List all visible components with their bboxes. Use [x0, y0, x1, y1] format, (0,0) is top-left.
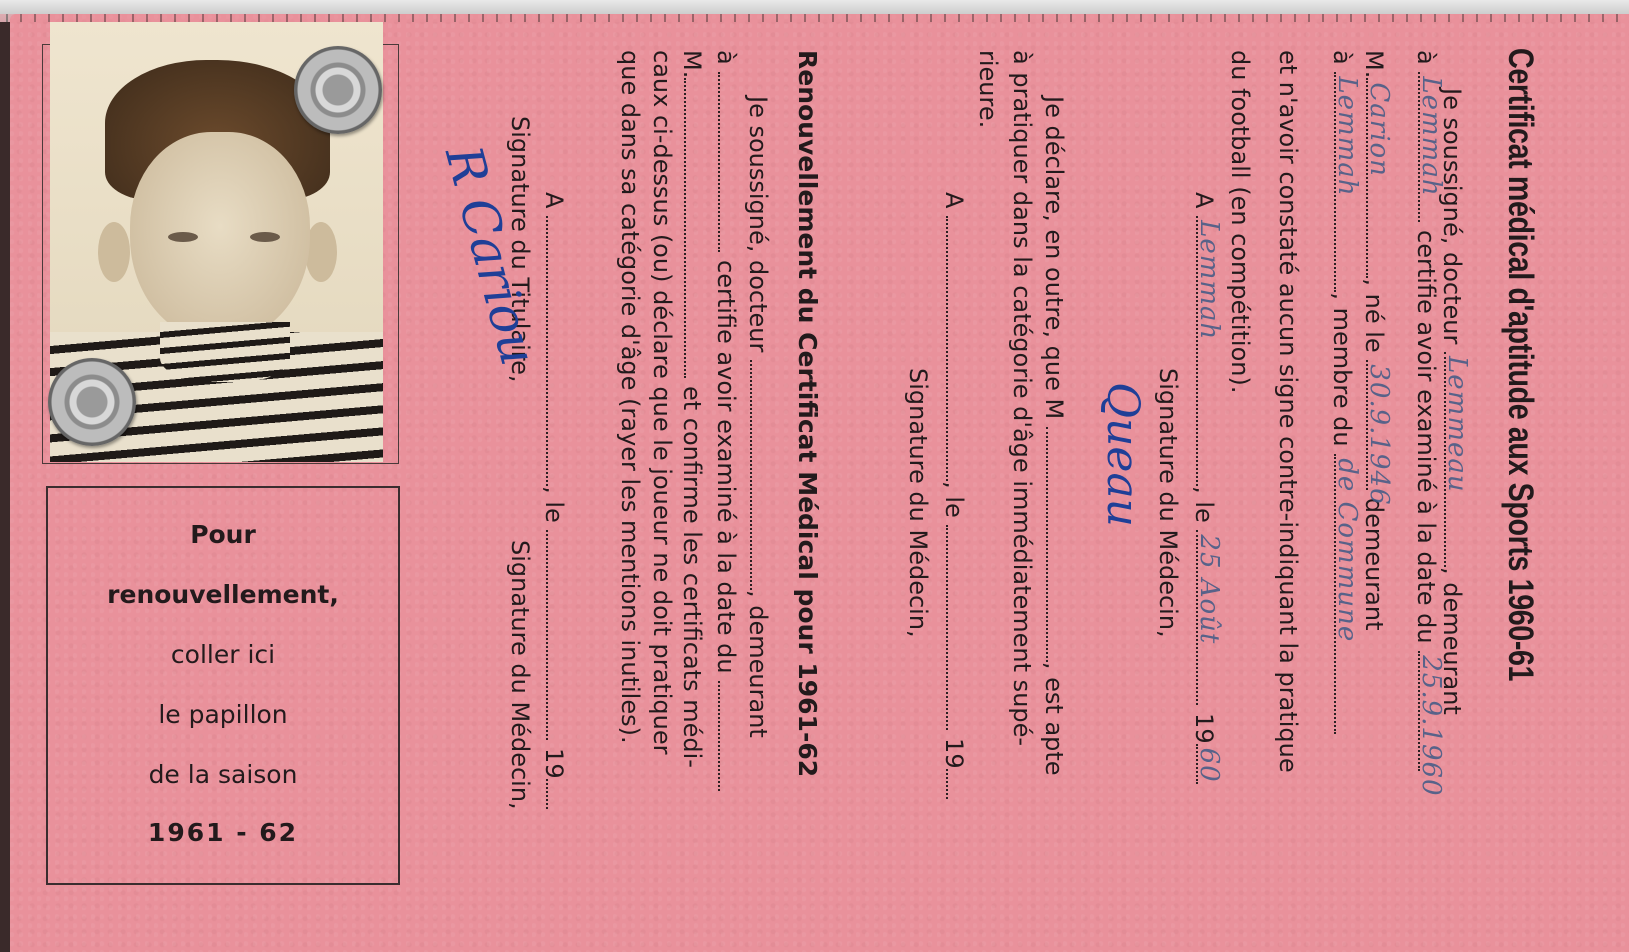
- renewal-line-5: que dans sa catégorie d'âge (rayer les m…: [618, 50, 642, 744]
- rivet-icon: [294, 46, 382, 134]
- player-name-field[interactable]: Carion: [1366, 78, 1386, 278]
- photo-face: [130, 132, 310, 342]
- declaration-line-1: Je déclare, en outre, que M , est apte: [1042, 96, 1066, 776]
- renewal-doctor-signature-label: Signature du Médecin,: [508, 540, 532, 810]
- declaration-name-field[interactable]: [1046, 427, 1066, 662]
- renewal-city-field[interactable]: [718, 72, 738, 252]
- renewal-doctor-field[interactable]: [750, 360, 770, 590]
- player-city-field[interactable]: Lemmah: [1334, 72, 1354, 292]
- renewal-line-4: caux ci-dessus (ou) déclare que le joueu…: [650, 50, 674, 755]
- renewal-year-field[interactable]: [546, 779, 566, 809]
- declaration-line-3: rieure.: [976, 50, 1000, 128]
- photo-eye: [250, 232, 280, 242]
- place-field[interactable]: Lemmah: [1196, 216, 1216, 486]
- sticker-line: renouvellement,: [48, 580, 398, 609]
- club-field[interactable]: de Commune: [1334, 454, 1354, 734]
- doctor-signature: Queau: [1097, 382, 1148, 527]
- cert-line-5: et n'avoir constaté aucun signe contre-i…: [1276, 50, 1300, 773]
- declaration-line-2: à pratiquer dans la catégorie d'âge immé…: [1010, 50, 1034, 746]
- renewal-line-3: M. et confirme les certificats médi-: [680, 50, 704, 768]
- declaration-year-field[interactable]: [946, 769, 966, 799]
- document-title: Certificat médical d'aptitude aux Sports…: [1500, 48, 1540, 681]
- declaration-date-field[interactable]: [946, 525, 966, 730]
- year-field[interactable]: 60: [1196, 744, 1216, 784]
- declaration-signature-label: Signature du Médecin,: [906, 368, 930, 638]
- renewal-line-6: A , le 19: [542, 192, 566, 809]
- renewal-place-field[interactable]: [546, 216, 566, 486]
- doctor-city-field[interactable]: Lemmah: [1418, 72, 1438, 222]
- photo-ear: [98, 222, 130, 282]
- renewal-heading: Renouvellement du Certificat Médical pou…: [795, 50, 820, 777]
- perforated-edge: [0, 14, 1629, 22]
- sticker-line: de la saison: [48, 760, 398, 789]
- sticker-line: coller ici: [48, 640, 398, 669]
- cert-line-7: A Lemmah, le 25 Août 1960: [1192, 192, 1216, 784]
- photo-eye: [168, 232, 198, 242]
- cert-line-4: à Lemmah, membre du de Commune: [1330, 50, 1354, 734]
- renewal-line-1: Je soussigné, docteur , demeurant: [746, 96, 770, 738]
- cert-line-2: à Lemmah certifie avoir examiné à la dat…: [1414, 50, 1438, 771]
- cert-line-6: du football (en compétition).: [1228, 50, 1252, 393]
- declaration-line-4: A , le 19: [942, 192, 966, 799]
- date-field[interactable]: 25 Août: [1196, 530, 1216, 705]
- rivet-icon: [48, 358, 136, 446]
- photo-collar: [160, 322, 290, 382]
- sticker-line: le papillon: [48, 700, 398, 729]
- renewal-exam-date-field[interactable]: [718, 681, 738, 791]
- doctor-name-field[interactable]: Lemmeau: [1444, 352, 1464, 567]
- sticker-line: Pour: [48, 520, 398, 549]
- cert-signature-label: Signature du Médecin,: [1156, 368, 1180, 638]
- renewal-player-field[interactable]: [684, 78, 704, 378]
- declaration-place-field[interactable]: [946, 216, 966, 481]
- renewal-date-field[interactable]: [546, 530, 566, 740]
- birth-date-field[interactable]: 30.9.1946: [1366, 360, 1386, 490]
- sticker-line: 1961 - 62: [48, 818, 398, 847]
- renewal-line-2: à certifie avoir examiné à la date du: [714, 50, 738, 791]
- exam-date-field[interactable]: 25.9.1960: [1418, 651, 1438, 771]
- renewal-sticker-box: Pour renouvellement, coller ici le papil…: [46, 486, 400, 885]
- cert-line-3: M.Carion, né le 30.9.1946 demeurant: [1362, 50, 1386, 630]
